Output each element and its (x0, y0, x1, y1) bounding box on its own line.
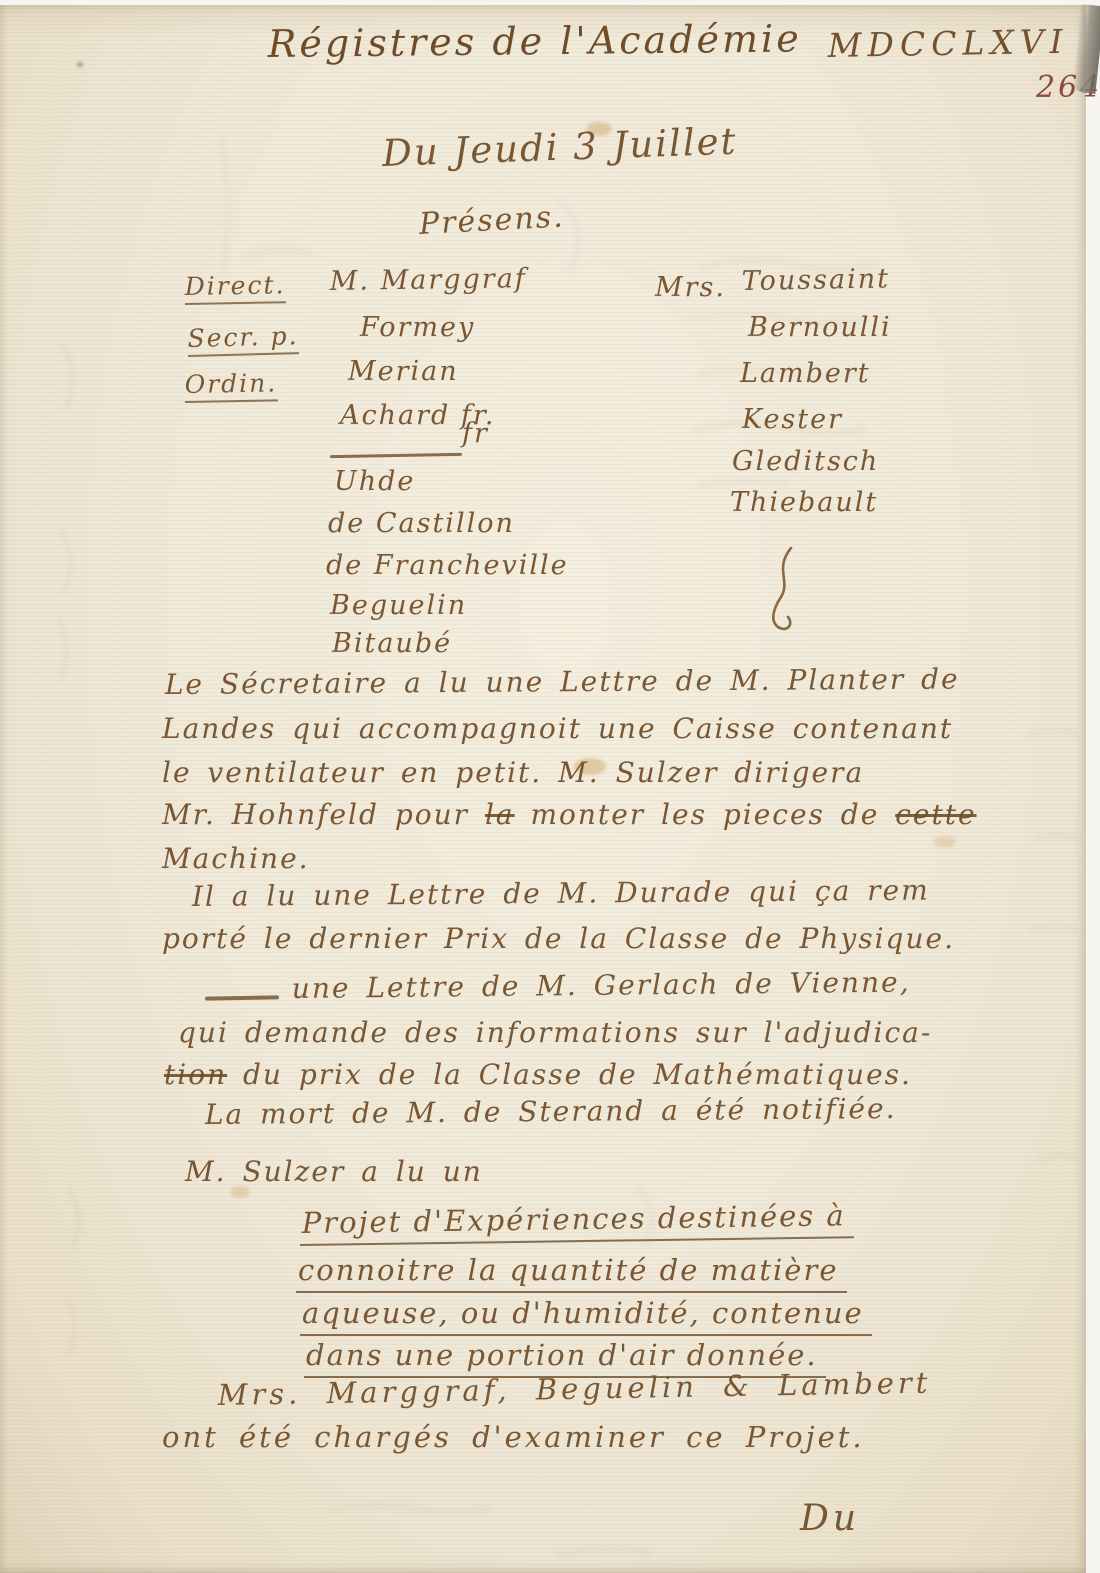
attendee-name: M. Marggraf (330, 263, 527, 297)
attendee-name: Uhde (334, 466, 415, 497)
attendee-name: Kester (742, 404, 843, 435)
attendee-name: Bernoulli (748, 312, 892, 343)
body-line: Il a lu une Lettre de M. Durade qui ça r… (192, 874, 930, 913)
body-line: M. Sulzer a lu un (185, 1155, 483, 1188)
body-line: une Lettre de M. Gerlach de Vienne, (292, 966, 911, 1005)
attendee-name: Thiebault (730, 487, 878, 518)
struck-word: la (485, 798, 515, 831)
body-line: Mr. Hohnfeld pour la monter les pieces d… (162, 798, 977, 831)
flourish-mark (760, 545, 806, 637)
attendee-name: de Castillon (328, 508, 515, 539)
body-text: Mr. Hohnfeld pour (162, 798, 485, 831)
body-line: tion du prix de la Classe de Mathématiqu… (164, 1058, 912, 1091)
catchword: Du (800, 1498, 860, 1539)
attendee-name: Lambert (740, 358, 871, 389)
attendee-name: Merian (348, 356, 459, 387)
project-title-line: connoitre la quantité de matière (296, 1253, 847, 1293)
register-title: Régistres de l'Académie (268, 16, 802, 66)
body-line: Le Sécretaire a lu une Lettre de M. Plan… (165, 662, 960, 701)
attendee-name: Bitaubé (332, 628, 452, 659)
ditto-label: fr (462, 418, 489, 449)
project-title-line: aqueuse, ou d'humidité, contenue (300, 1296, 872, 1336)
body-text: du prix de la Classe de Mathématiques. (227, 1058, 912, 1091)
attendee-name: Beguelin (330, 590, 467, 621)
role-direct: Direct. (184, 270, 285, 305)
closing-line: ont été chargés d'examiner ce Projet. (162, 1420, 865, 1454)
struck-word: cette (895, 798, 976, 831)
body-line: Landes qui accompagnoit une Caisse conte… (162, 712, 953, 745)
role-ordin: Ordin. (184, 368, 277, 403)
year-roman: MDCCLXVI (827, 22, 1069, 65)
role-secr: Secr. p. (187, 321, 299, 357)
right-column-prefix: Mrs. (655, 272, 726, 303)
project-title-line: Projet d'Expériences destinées à (299, 1198, 854, 1246)
attendee-name: de Francheville (326, 550, 569, 581)
body-line: La mort de M. de Sterand a été notifiée. (205, 1092, 897, 1131)
body-line: porté le dernier Prix de la Classe de Ph… (162, 922, 955, 955)
attendee-name: Gleditsch (732, 446, 879, 477)
body-line: qui demande des informations sur l'adjud… (178, 1016, 932, 1049)
attendee-name: Toussaint (741, 263, 890, 297)
body-line: le ventilateur en petit. M. Sulzer dirig… (162, 756, 864, 789)
body-text: monter les pieces de (515, 798, 896, 831)
manuscript-page-scan: Régistres de l'Académie MDCCLXVI 264 Du … (0, 0, 1100, 1573)
attendee-name: Formey (360, 312, 475, 343)
body-line: Machine. (162, 842, 310, 875)
struck-word: tion (164, 1058, 227, 1091)
